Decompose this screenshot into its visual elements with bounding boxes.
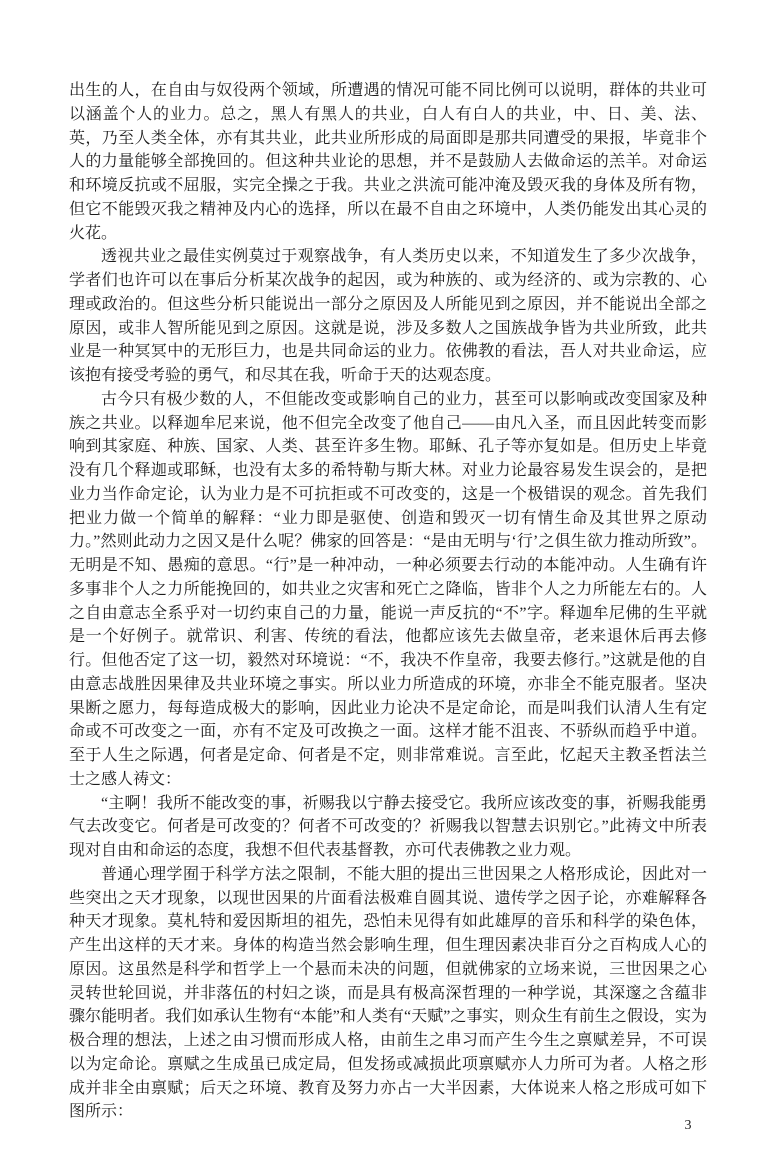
paragraph: “主啊！我所不能改变的事，祈赐我以宁静去接受它。我所应该改变的事，祈赐我能勇气去… bbox=[69, 792, 707, 863]
page-number: 3 bbox=[676, 1118, 700, 1134]
paragraph: 出生的人，在自由与奴役两个领域，所遭遇的情况可能不同比例可以说明，群体的共业可以… bbox=[69, 79, 707, 245]
document-page: 出生的人，在自由与奴役两个领域，所遭遇的情况可能不同比例可以说明，群体的共业可以… bbox=[0, 0, 774, 1161]
page-body-text: 出生的人，在自由与奴役两个领域，所遭遇的情况可能不同比例可以说明，群体的共业可以… bbox=[69, 79, 707, 1124]
paragraph: 透视共业之最佳实例莫过于观察战争，有人类历史以来，不知道发生了多少次战争，学者们… bbox=[69, 245, 707, 388]
paragraph: 古今只有极少数的人，不但能改变或影响自己的业力，甚至可以影响或改变国家及种族之共… bbox=[69, 388, 707, 792]
paragraph: 普通心理学囿于科学方法之限制，不能大胆的提出三世因果之人格形成论，因此对一些突出… bbox=[69, 863, 707, 1124]
